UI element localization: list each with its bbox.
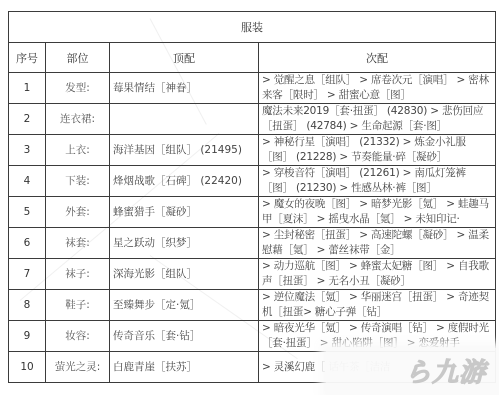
- row-sub: > 穿梭音符［演唱］ (21261) > 南瓜灯笼裤［图］ (21230) > …: [259, 166, 496, 197]
- table-row: 2 连衣裙: 魔法未来2019［套·扭蛋］ (42830) > 悲伤回应［扭蛋］…: [9, 104, 496, 135]
- row-sub: > 觉醒之息［组队］ > 席卷次元［演唱］ > 密林来客［限时］ > 甜蜜心意［…: [259, 73, 496, 104]
- row-top: 海洋基因［组队］ (21495): [110, 135, 259, 166]
- row-part: 下装:: [46, 166, 110, 197]
- row-top: 至臻舞步［定·氪］: [110, 290, 259, 321]
- logo-glyph: ら: [405, 358, 432, 388]
- row-sub: > 动力巡航［图］ > 蜂蜜太妃糖［图］ > 自我歌声［扭蛋］ > 无名小丑［凝…: [259, 259, 496, 290]
- row-part: 发型:: [46, 73, 110, 104]
- header-index: 序号: [9, 43, 46, 73]
- row-sub: > 神秘行星［演唱］ (21332) > 炼金小礼服［图］ (21228) > …: [259, 135, 496, 166]
- row-part: 妆容:: [46, 321, 110, 352]
- row-part: 上衣:: [46, 135, 110, 166]
- header-part: 部位: [46, 43, 110, 73]
- table-row: 4 下装: 烽烟战歌［石碑］ (22420) > 穿梭音符［演唱］ (21261…: [9, 166, 496, 197]
- header-top: 顶配: [110, 43, 259, 73]
- table-row: 9 妆容: 传奇音乐［套·钻］ > 暗夜光华［氪］ > 传奇演唱［钻］ > 度假…: [9, 321, 496, 352]
- row-index: 1: [9, 73, 46, 104]
- table-title: 服装: [9, 12, 496, 43]
- row-index: 5: [9, 197, 46, 228]
- row-index: 9: [9, 321, 46, 352]
- jiuyou-logo-icon: ら九游: [405, 352, 486, 389]
- row-index: 7: [9, 259, 46, 290]
- row-top: [110, 104, 259, 135]
- row-index: 2: [9, 104, 46, 135]
- row-sub: > 魔女的夜晚［图］ > 暗梦光影［氪］ > 蛙趣马甲［夏沫］ > 摇曳水晶［氪…: [259, 197, 496, 228]
- row-index: 4: [9, 166, 46, 197]
- table-row: 8 鞋子: 至臻舞步［定·氪］ > 逆位魔法［氪］ > 华丽迷宫［扭蛋］ > 奇…: [9, 290, 496, 321]
- row-index: 6: [9, 228, 46, 259]
- outfit-table: 服装 序号 部位 顶配 次配 1 发型: 莓果情结［神眷］ > 觉醒之息［组队］…: [8, 11, 496, 383]
- row-top: 白鹿青崖［扶苏］: [110, 352, 259, 383]
- row-top: 深海光影［组队］: [110, 259, 259, 290]
- row-part: 外套:: [46, 197, 110, 228]
- table-title-row: 服装: [9, 12, 496, 43]
- row-top: 莓果情结［神眷］: [110, 73, 259, 104]
- row-sub: > 尘封秘密［扭蛋］ > 高速陀螺［凝砂］ > 温柔慰藉［氪］ > 蕾丝袜带［金…: [259, 228, 496, 259]
- row-part: 袜子:: [46, 259, 110, 290]
- row-sub: > 逆位魔法［氪］ > 华丽迷宫［扭蛋］ > 奇迹契机［扭蛋> 糖心子弹［钻］: [259, 290, 496, 321]
- table-row: 6 袜套: 星之跃动［织梦］ > 尘封秘密［扭蛋］ > 高速陀螺［凝砂］ > 温…: [9, 228, 496, 259]
- header-sub: 次配: [259, 43, 496, 73]
- row-index: 10: [9, 352, 46, 383]
- row-sub: > 暗夜光华［氪］ > 传奇演唱［钻］ > 度假时光［套·扭蛋］ > 甜心陷阱［…: [259, 321, 496, 352]
- row-part: 萤光之灵:: [46, 352, 110, 383]
- row-part: 连衣裙:: [46, 104, 110, 135]
- row-sub: 魔法未来2019［套·扭蛋］ (42830) > 悲伤回应［扭蛋］ (42784…: [259, 104, 496, 135]
- row-index: 8: [9, 290, 46, 321]
- row-top: 蜂蜜猎手［凝砂］: [110, 197, 259, 228]
- row-top: 烽烟战歌［石碑］ (22420): [110, 166, 259, 197]
- row-index: 3: [9, 135, 46, 166]
- table-row: 5 外套: 蜂蜜猎手［凝砂］ > 魔女的夜晚［图］ > 暗梦光影［氪］ > 蛙趣…: [9, 197, 496, 228]
- table-header-row: 序号 部位 顶配 次配: [9, 43, 496, 73]
- table-row: 1 发型: 莓果情结［神眷］ > 觉醒之息［组队］ > 席卷次元［演唱］ > 密…: [9, 73, 496, 104]
- row-top: 传奇音乐［套·钻］: [110, 321, 259, 352]
- table-row: 7 袜子: 深海光影［组队］ > 动力巡航［图］ > 蜂蜜太妃糖［图］ > 自我…: [9, 259, 496, 290]
- table-row: 3 上衣: 海洋基因［组队］ (21495) > 神秘行星［演唱］ (21332…: [9, 135, 496, 166]
- row-part: 鞋子:: [46, 290, 110, 321]
- logo-text: 九游: [432, 358, 486, 388]
- row-part: 袜套:: [46, 228, 110, 259]
- row-top: 星之跃动［织梦］: [110, 228, 259, 259]
